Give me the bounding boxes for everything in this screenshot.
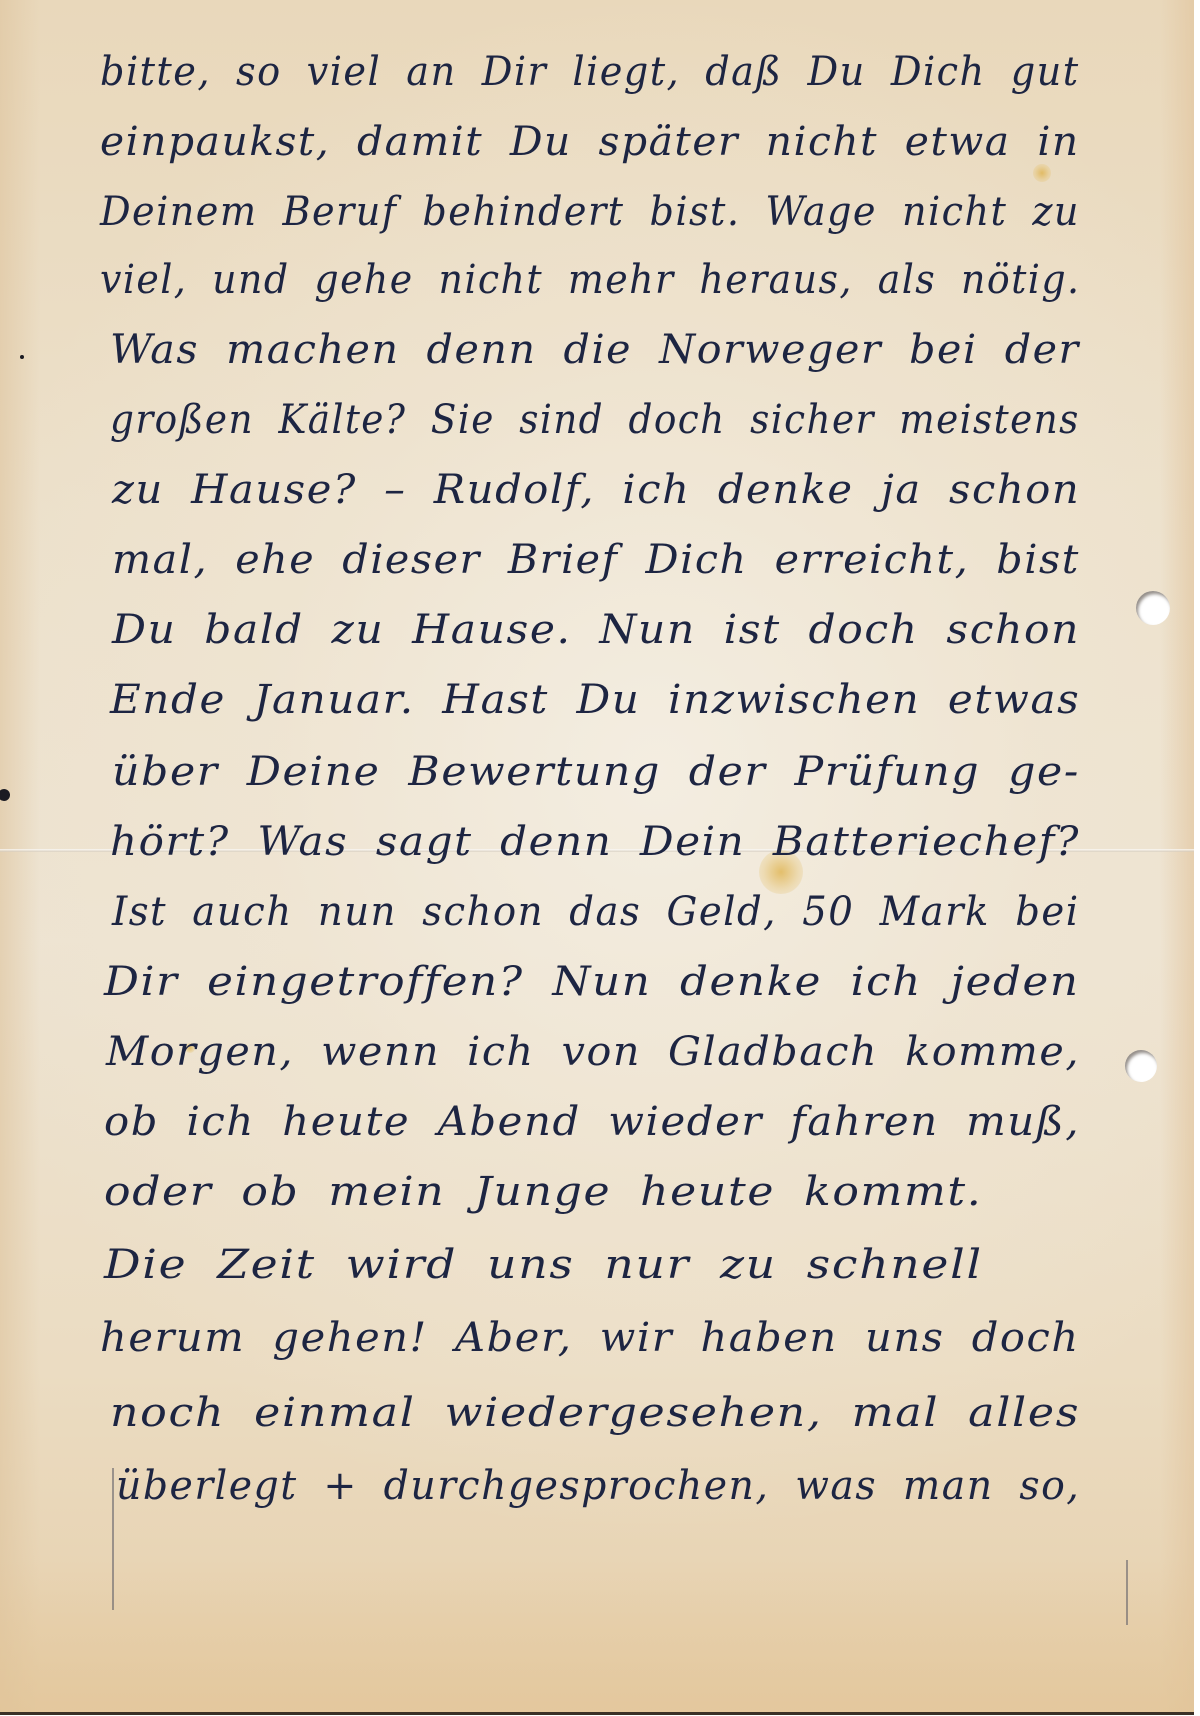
paper-edge-right bbox=[1160, 0, 1194, 1712]
text-line: noch einmal wiedergesehen, mal alles bbox=[110, 1393, 1080, 1433]
text-line: Ist auch nun schon das Geld, 50 Mark bei bbox=[112, 892, 1080, 932]
text-line: großen Kälte? Sie sind doch sicher meist… bbox=[110, 400, 1080, 440]
text-line: oder ob mein Junge heute kommt. bbox=[104, 1172, 982, 1212]
text-line: Ende Januar. Hast Du inzwischen etwas bbox=[110, 680, 1080, 720]
text-line: ob ich heute Abend wieder fahren muß, bbox=[104, 1102, 1080, 1142]
punch-hole bbox=[1136, 591, 1170, 625]
pencil-margin-line bbox=[112, 1468, 114, 1610]
text-line: zu Hause? – Rudolf, ich denke ja schon bbox=[112, 470, 1080, 510]
text-line: hört? Was sagt denn Dein Batteriechef? bbox=[110, 822, 1080, 862]
text-line: Deinem Beruf behindert bist. Wage nicht … bbox=[100, 192, 1080, 232]
text-line: Morgen, wenn ich von Gladbach komme, bbox=[106, 1032, 1080, 1072]
text-line: Du bald zu Hause. Nun ist doch schon bbox=[112, 610, 1080, 650]
paper-edge-left bbox=[0, 0, 40, 1712]
text-line: viel, und gehe nicht mehr heraus, als nö… bbox=[100, 260, 1081, 300]
text-line: Die Zeit wird uns nur zu schnell bbox=[104, 1245, 983, 1285]
text-line: überlegt + durchgesprochen, was man so, bbox=[116, 1466, 1080, 1506]
text-line: mal, ehe dieser Brief Dich erreicht, bis… bbox=[112, 540, 1080, 580]
paper-edge-bottom bbox=[0, 1560, 1194, 1712]
pencil-margin-line bbox=[1126, 1560, 1128, 1625]
text-line: Dir eingetroffen? Nun denke ich jeden bbox=[104, 962, 1080, 1002]
punch-hole bbox=[1125, 1050, 1157, 1082]
text-line: über Deine Bewertung der Prüfung ge- bbox=[112, 752, 1080, 792]
letter-page: bitte, so viel an Dir liegt, daß Du Dich… bbox=[0, 0, 1194, 1715]
text-line: Was machen denn die Norweger bei der bbox=[110, 330, 1080, 370]
stain bbox=[1033, 164, 1051, 182]
ink-dot bbox=[20, 355, 24, 359]
text-line: herum gehen! Aber, wir haben uns doch bbox=[100, 1318, 1080, 1358]
text-line: bitte, so viel an Dir liegt, daß Du Dich… bbox=[100, 52, 1080, 92]
text-line: einpaukst, damit Du später nicht etwa in bbox=[100, 122, 1080, 162]
